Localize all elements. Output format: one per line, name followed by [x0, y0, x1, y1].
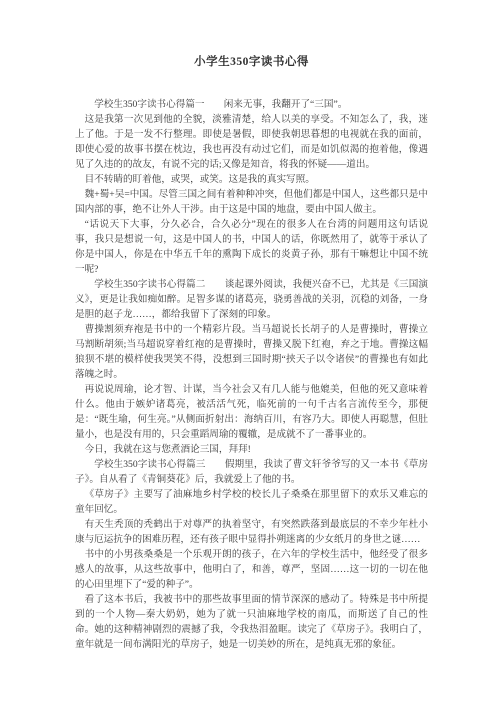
paragraph: 有天生秃顶的秃鹤出于对尊严的执着坚守，有突然跌落到最底层的不幸少年杜小康与厄运抗… [75, 517, 428, 547]
paragraph: 看了这本书后，我被书中的那些故事里面的情节深深的感动了。特殊是书中所提到的一个人… [75, 592, 428, 652]
paragraph: 再说说周瑜，论才智、计谋，当今社会又有几人能与他媲美，但他的死又意味着什么。他由… [75, 382, 428, 442]
paragraph: 今日，我就在这与您煮酒论三国，拜拜! [75, 442, 428, 457]
paragraph: 曹操割须弃袍是书中的一个精彩片段。当马超说长长胡子的人是曹操时，曹操立马割断胡须… [75, 322, 428, 382]
document-content: 小学生350字读书心得 学校生350字读书心得篇一 闲来无事，我翻开了“三国”。… [75, 55, 428, 652]
document-title: 小学生350字读书心得 [75, 55, 428, 70]
paragraph: 魏+蜀+吴=中国。尽管三国之间有着种种冲突，但他们都是中国人，这些都只是中国内部… [75, 187, 428, 217]
paragraph: 目不转睛的盯着他，或哭，或笑。这是我的真实写照。 [75, 172, 428, 187]
paragraph: 这是我第一次见到他的全貌，淡雅清楚，给人以美的享受。不知怎么了，我，迷上了他。于… [75, 112, 428, 172]
document-page: 小学生350字读书心得 学校生350字读书心得篇一 闲来无事，我翻开了“三国”。… [0, 0, 500, 707]
paragraph: 书中的小男孩桑桑是一个乐观开朗的孩子，在六年的学校生活中，他经受了很多感人的故事… [75, 547, 428, 592]
paragraph: 学校生350字读书心得篇三 假期里，我读了曹文轩爷爷写的又一本书《草房子》。自从… [75, 457, 428, 487]
paragraph: 学校生350字读书心得篇一 闲来无事，我翻开了“三国”。 [75, 97, 428, 112]
document-body: 学校生350字读书心得篇一 闲来无事，我翻开了“三国”。这是我第一次见到他的全貌… [75, 97, 428, 652]
paragraph: 学校生350字读书心得篇二 谈起课外阅读，我便兴奋不已，尤其是《三国演义》，更是… [75, 277, 428, 322]
paragraph: “话说天下大事，分久必合，合久必分”现在的很多人在台湾的问题用这句话说事，我只是… [75, 217, 428, 277]
paragraph: 《草房子》主要写了油麻地乡村学校的校长儿子桑桑在那里留下的欢乐又难忘的童年回忆。 [75, 487, 428, 517]
